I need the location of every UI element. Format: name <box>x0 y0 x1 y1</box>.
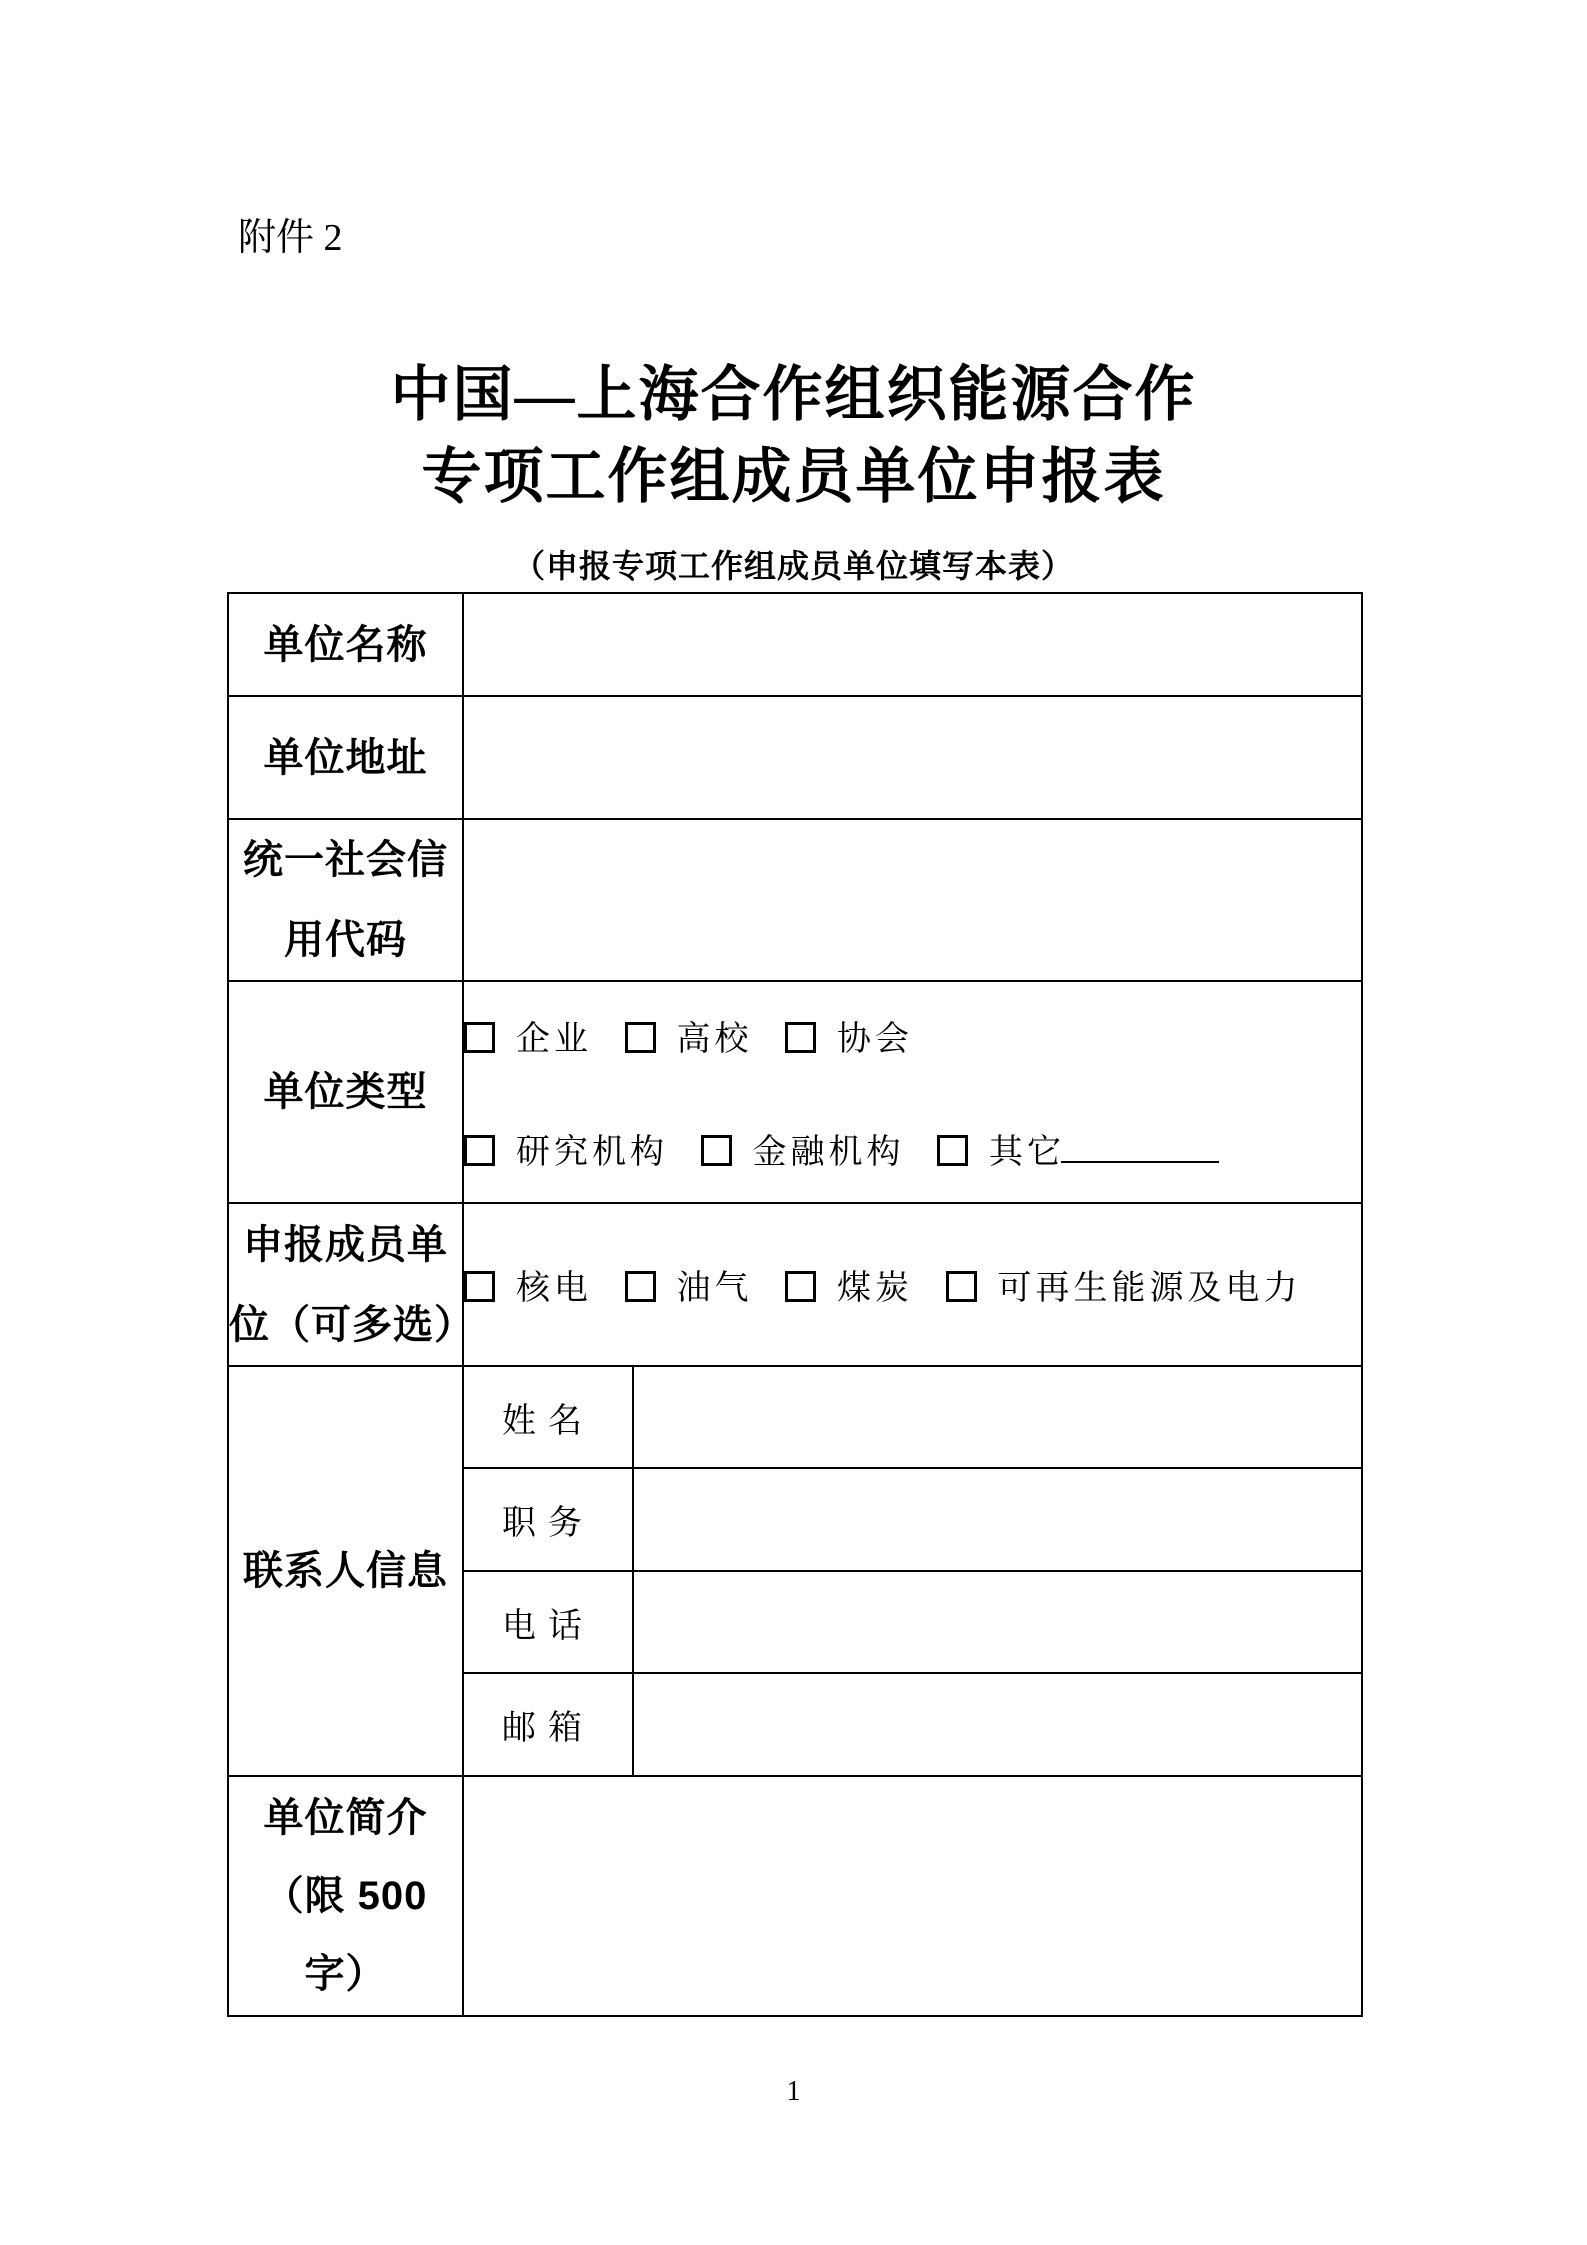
unit-intro-label-line1: 单位简介 <box>229 1779 462 1857</box>
option-oil-gas-label: 油气 <box>677 1270 753 1307</box>
option-university: 高校 <box>625 1011 753 1060</box>
form-title: 中国—上海合作组织能源合作 专项工作组成员单位申报表 <box>0 354 1587 518</box>
option-association: 协会 <box>785 1011 913 1060</box>
contact-phone-label: 电话 <box>463 1571 633 1673</box>
contact-name-label: 姓名 <box>463 1366 633 1468</box>
option-research-institution: 研究机构 <box>464 1124 668 1173</box>
document-page: 附件 2 中国—上海合作组织能源合作 专项工作组成员单位申报表 （申报专项工作组… <box>0 0 1587 2245</box>
unit-type-options-line2: 研究机构 金融机构 其它 <box>464 1124 1361 1173</box>
option-other-label: 其它 <box>989 1134 1065 1171</box>
credit-code-label-line1: 统一社会信 <box>229 820 462 900</box>
contact-position-input-cell[interactable] <box>633 1468 1362 1571</box>
option-enterprise: 企业 <box>464 1011 592 1060</box>
option-enterprise-label: 企业 <box>516 1021 592 1058</box>
unit-address-label: 单位地址 <box>228 696 463 819</box>
option-nuclear: 核电 <box>464 1260 592 1309</box>
unit-type-options-line1: 企业 高校 协会 <box>464 1011 1361 1060</box>
unit-type-options-cell: 企业 高校 协会 研究机构 金融机构 其它 <box>463 981 1362 1203</box>
option-financial-institution-label: 金融机构 <box>753 1134 905 1171</box>
option-oil-gas: 油气 <box>625 1260 753 1309</box>
unit-type-label: 单位类型 <box>228 981 463 1203</box>
form-subtitle: （申报专项工作组成员单位填写本表） <box>0 541 1587 587</box>
option-coal-label: 煤炭 <box>837 1270 913 1307</box>
unit-name-label: 单位名称 <box>228 593 463 696</box>
checkbox-oil-gas-icon[interactable] <box>625 1271 656 1302</box>
credit-code-label: 统一社会信 用代码 <box>228 819 463 981</box>
contact-info-label: 联系人信息 <box>228 1366 463 1776</box>
option-association-label: 协会 <box>837 1021 913 1058</box>
option-renewable-power-label: 可再生能源及电力 <box>998 1270 1302 1307</box>
member-unit-label-line2: 位（可多选） <box>229 1285 462 1365</box>
option-renewable-power: 可再生能源及电力 <box>946 1260 1302 1309</box>
application-form-table: 单位名称 单位地址 统一社会信 用代码 单位类型 企业 高校 协会 <box>227 592 1363 2017</box>
unit-address-input-cell[interactable] <box>463 696 1362 819</box>
checkbox-research-institution-icon[interactable] <box>464 1135 495 1166</box>
form-title-line1: 中国—上海合作组织能源合作 <box>0 354 1587 436</box>
checkbox-financial-institution-icon[interactable] <box>701 1135 732 1166</box>
member-unit-label-line1: 申报成员单 <box>229 1205 462 1285</box>
contact-phone-input-cell[interactable] <box>633 1571 1362 1673</box>
unit-intro-label-line2: （限 500 <box>229 1857 462 1935</box>
member-unit-options-line: 核电 油气 煤炭 可再生能源及电力 <box>464 1260 1361 1309</box>
unit-name-input-cell[interactable] <box>463 593 1362 696</box>
contact-position-label: 职务 <box>463 1468 633 1571</box>
checkbox-coal-icon[interactable] <box>785 1271 816 1302</box>
page-number: 1 <box>0 2076 1587 2108</box>
form-title-line2: 专项工作组成员单位申报表 <box>0 436 1587 518</box>
attachment-label: 附件 2 <box>238 206 343 261</box>
checkbox-nuclear-icon[interactable] <box>464 1271 495 1302</box>
other-fill-line[interactable] <box>1061 1127 1219 1163</box>
option-research-institution-label: 研究机构 <box>516 1134 668 1171</box>
option-nuclear-label: 核电 <box>516 1270 592 1307</box>
checkbox-association-icon[interactable] <box>785 1022 816 1053</box>
contact-email-input-cell[interactable] <box>633 1673 1362 1776</box>
unit-intro-label-line3: 字） <box>229 1935 462 2013</box>
option-financial-institution: 金融机构 <box>701 1124 905 1173</box>
checkbox-renewable-power-icon[interactable] <box>946 1271 977 1302</box>
unit-intro-label: 单位简介 （限 500 字） <box>228 1776 463 2016</box>
checkbox-university-icon[interactable] <box>625 1022 656 1053</box>
checkbox-other-icon[interactable] <box>937 1135 968 1166</box>
contact-name-input-cell[interactable] <box>633 1366 1362 1468</box>
option-coal: 煤炭 <box>785 1260 913 1309</box>
option-other: 其它 <box>937 1124 1219 1173</box>
member-unit-label: 申报成员单 位（可多选） <box>228 1203 463 1366</box>
option-university-label: 高校 <box>677 1021 753 1058</box>
credit-code-label-line2: 用代码 <box>229 900 462 980</box>
member-unit-options-cell: 核电 油气 煤炭 可再生能源及电力 <box>463 1203 1362 1366</box>
credit-code-input-cell[interactable] <box>463 819 1362 981</box>
checkbox-enterprise-icon[interactable] <box>464 1022 495 1053</box>
unit-intro-input-cell[interactable] <box>463 1776 1362 2016</box>
contact-email-label: 邮箱 <box>463 1673 633 1776</box>
